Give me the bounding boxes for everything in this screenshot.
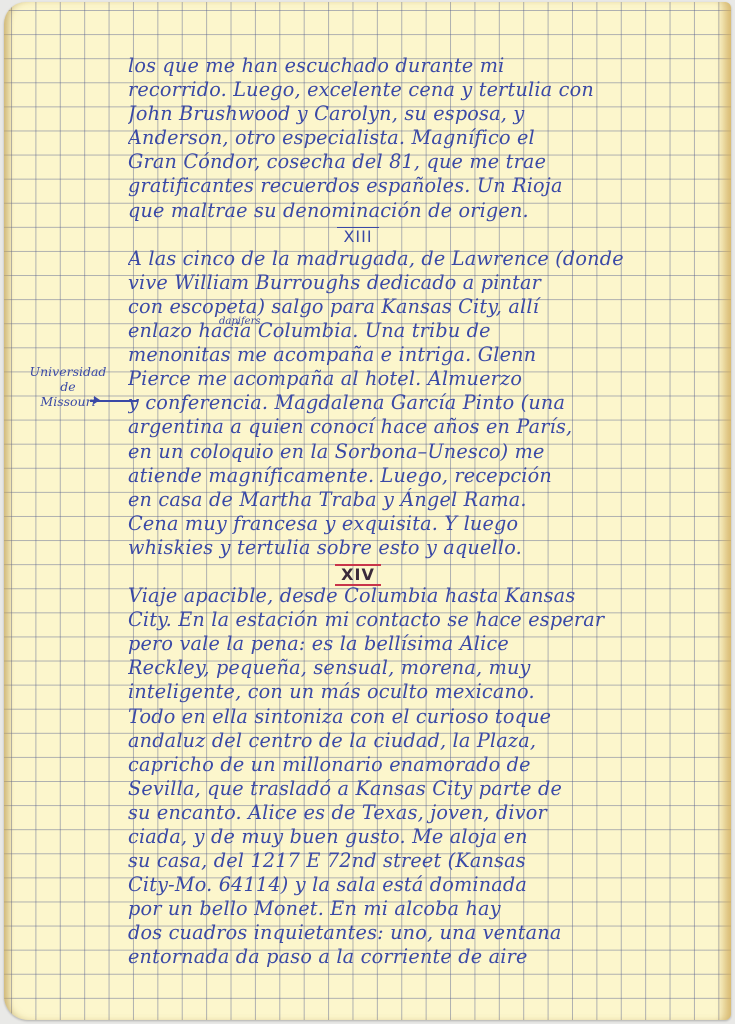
margin-note-line: Universidad xyxy=(18,364,118,379)
text-line: dos cuadros inquietantes: uno, una venta… xyxy=(128,921,718,945)
text-line: Cena muy francesa y exquisita. Y luego xyxy=(128,512,718,536)
text-line: City-Mo. 64114) y la sala está dominada xyxy=(128,873,718,897)
text-line: recorrido. Luego, excelente cena y tertu… xyxy=(128,78,718,102)
text-line: enlazo hacia Columbia. Una tribu de xyxy=(128,319,718,343)
text-line: atiende magníficamente. Luego, recepción xyxy=(128,464,718,488)
text-line: en casa de Martha Traba y Ángel Rama. xyxy=(128,488,718,512)
text-line: en un coloquio en la Sorbona–Unesco) me xyxy=(128,440,718,464)
margin-note-line: Missouri xyxy=(18,394,118,409)
text-line: City. En la estación mi contacto se hace… xyxy=(128,608,718,632)
margin-note-line: de xyxy=(18,379,118,394)
text-line: pero vale la pena: es la bellísima Alice xyxy=(128,632,718,656)
text-line: inteligente, con un más oculto mexicano. xyxy=(128,680,718,704)
notebook-page: Universidad de Missouri dapifers los que… xyxy=(4,2,731,1020)
text-line: que maltrae su denominación de origen. xyxy=(128,199,718,223)
text-line: entornada da paso a la corriente de aire xyxy=(128,945,718,969)
text-line: ciada, y de muy buen gusto. Me aloja en xyxy=(128,825,718,849)
text-line: Anderson, otro especialista. Magnífico e… xyxy=(128,126,718,150)
text-line: vive William Burroughs dedicado a pintar xyxy=(128,271,718,295)
text-line: Pierce me acompaña al hotel. Almuerzo xyxy=(128,367,718,391)
text-line: andaluz del centro de la ciudad, la Plaz… xyxy=(128,729,718,753)
text-line: menonitas me acompaña e intriga. Glenn xyxy=(128,343,718,367)
text-line: A las cinco de la madrugada, de Lawrence… xyxy=(128,247,718,271)
text-line: John Brushwood y Carolyn, su esposa, y xyxy=(128,102,718,126)
text-line: argentina a quien conocí hace años en Pa… xyxy=(128,415,718,439)
text-line: gratificantes recuerdos españoles. Un Ri… xyxy=(128,174,718,198)
text-line: con escopeta) salgo para Kansas City, al… xyxy=(128,295,718,319)
text-line: Todo en ella sintoniza con el curioso to… xyxy=(128,705,718,729)
text-line: su encanto. Alice es de Texas, joven, di… xyxy=(128,801,718,825)
text-line: Reckley, pequeña, sensual, morena, muy xyxy=(128,656,718,680)
text-line: por un bello Monet. En mi alcoba hay xyxy=(128,897,718,921)
text-line: los que me han escuchado durante mi xyxy=(128,54,718,78)
section-heading-xiii: XIII xyxy=(128,223,588,247)
text-line: Sevilla, que trasladó a Kansas City part… xyxy=(128,777,718,801)
margin-note: Universidad de Missouri xyxy=(18,364,118,409)
section-heading-xiv: XIV xyxy=(128,560,588,584)
text-line: whiskies y tertulia sobre esto y aquello… xyxy=(128,536,718,560)
text-line: capricho de un millonario enamorado de xyxy=(128,753,718,777)
text-line: Gran Cóndor, cosecha del 81, que me trae xyxy=(128,150,718,174)
text-line: Viaje apacible, desde Columbia hasta Kan… xyxy=(128,584,718,608)
text-line: y conferencia. Magdalena García Pinto (u… xyxy=(128,391,718,415)
section-numeral: XIV xyxy=(335,564,381,586)
handwritten-text: los que me han escuchado durante mi reco… xyxy=(128,54,718,970)
section-numeral: XIII xyxy=(337,227,378,246)
text-line: su casa, del 1217 E 72nd street (Kansas xyxy=(128,849,718,873)
